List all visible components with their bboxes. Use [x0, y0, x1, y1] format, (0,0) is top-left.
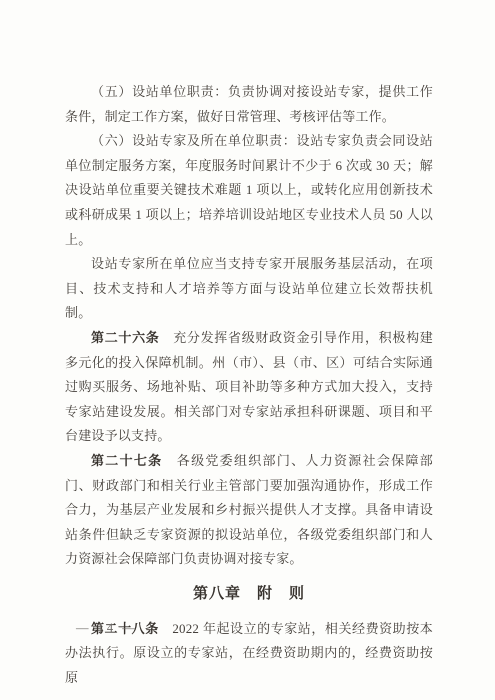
page-number: — 14 — — [76, 619, 138, 637]
paragraph-text: 充分发挥省级财政资金引导作用，积极构建多元化的投入保障机制。州（市）、县（市、区… — [65, 330, 433, 443]
page-number-text: — 14 — — [76, 621, 138, 635]
chapter-heading: 第八章 附 则 — [65, 582, 433, 607]
paragraph-text: （五）设站单位职责：负责协调对接设站专家，提供工作条件，制定工作方案，做好日常管… — [65, 84, 433, 124]
document-content: （五）设站单位职责：负责协调对接设站专家，提供工作条件，制定工作方案，做好日常管… — [65, 80, 433, 691]
document-page: （五）设站单位职责：负责协调对接设站专家，提供工作条件，制定工作方案，做好日常管… — [0, 0, 495, 700]
paragraph-text: 各级党委组织部门、人力资源社会保障部门、财政部门和相关行业主管部门要加强沟通协作… — [65, 453, 433, 566]
article-number: 第二十六条 — [91, 330, 160, 345]
paragraph-text: （六）设站专家及所在单位职责：设站专家负责会同设站单位制定服务方案，年度服务时间… — [65, 133, 433, 246]
paragraph: 第二十七条 各级党委组织部门、人力资源社会保障部门、财政部门和相关行业主管部门要… — [65, 449, 433, 572]
paragraph: （五）设站单位职责：负责协调对接设站专家，提供工作条件，制定工作方案，做好日常管… — [65, 80, 433, 129]
paragraph-text: 设站专家所在单位应当支持专家开展服务基层活动，在项目、技术支持和人才培养等方面与… — [65, 256, 433, 320]
paragraph: （六）设站专家及所在单位职责：设站专家负责会同设站单位制定服务方案，年度服务时间… — [65, 129, 433, 252]
paragraph: 设站专家所在单位应当支持专家开展服务基层活动，在项目、技术支持和人才培养等方面与… — [65, 252, 433, 326]
paragraph: 第二十六条 充分发挥省级财政资金引导作用，积极构建多元化的投入保障机制。州（市）… — [65, 326, 433, 449]
article-number: 第二十七条 — [91, 453, 162, 468]
